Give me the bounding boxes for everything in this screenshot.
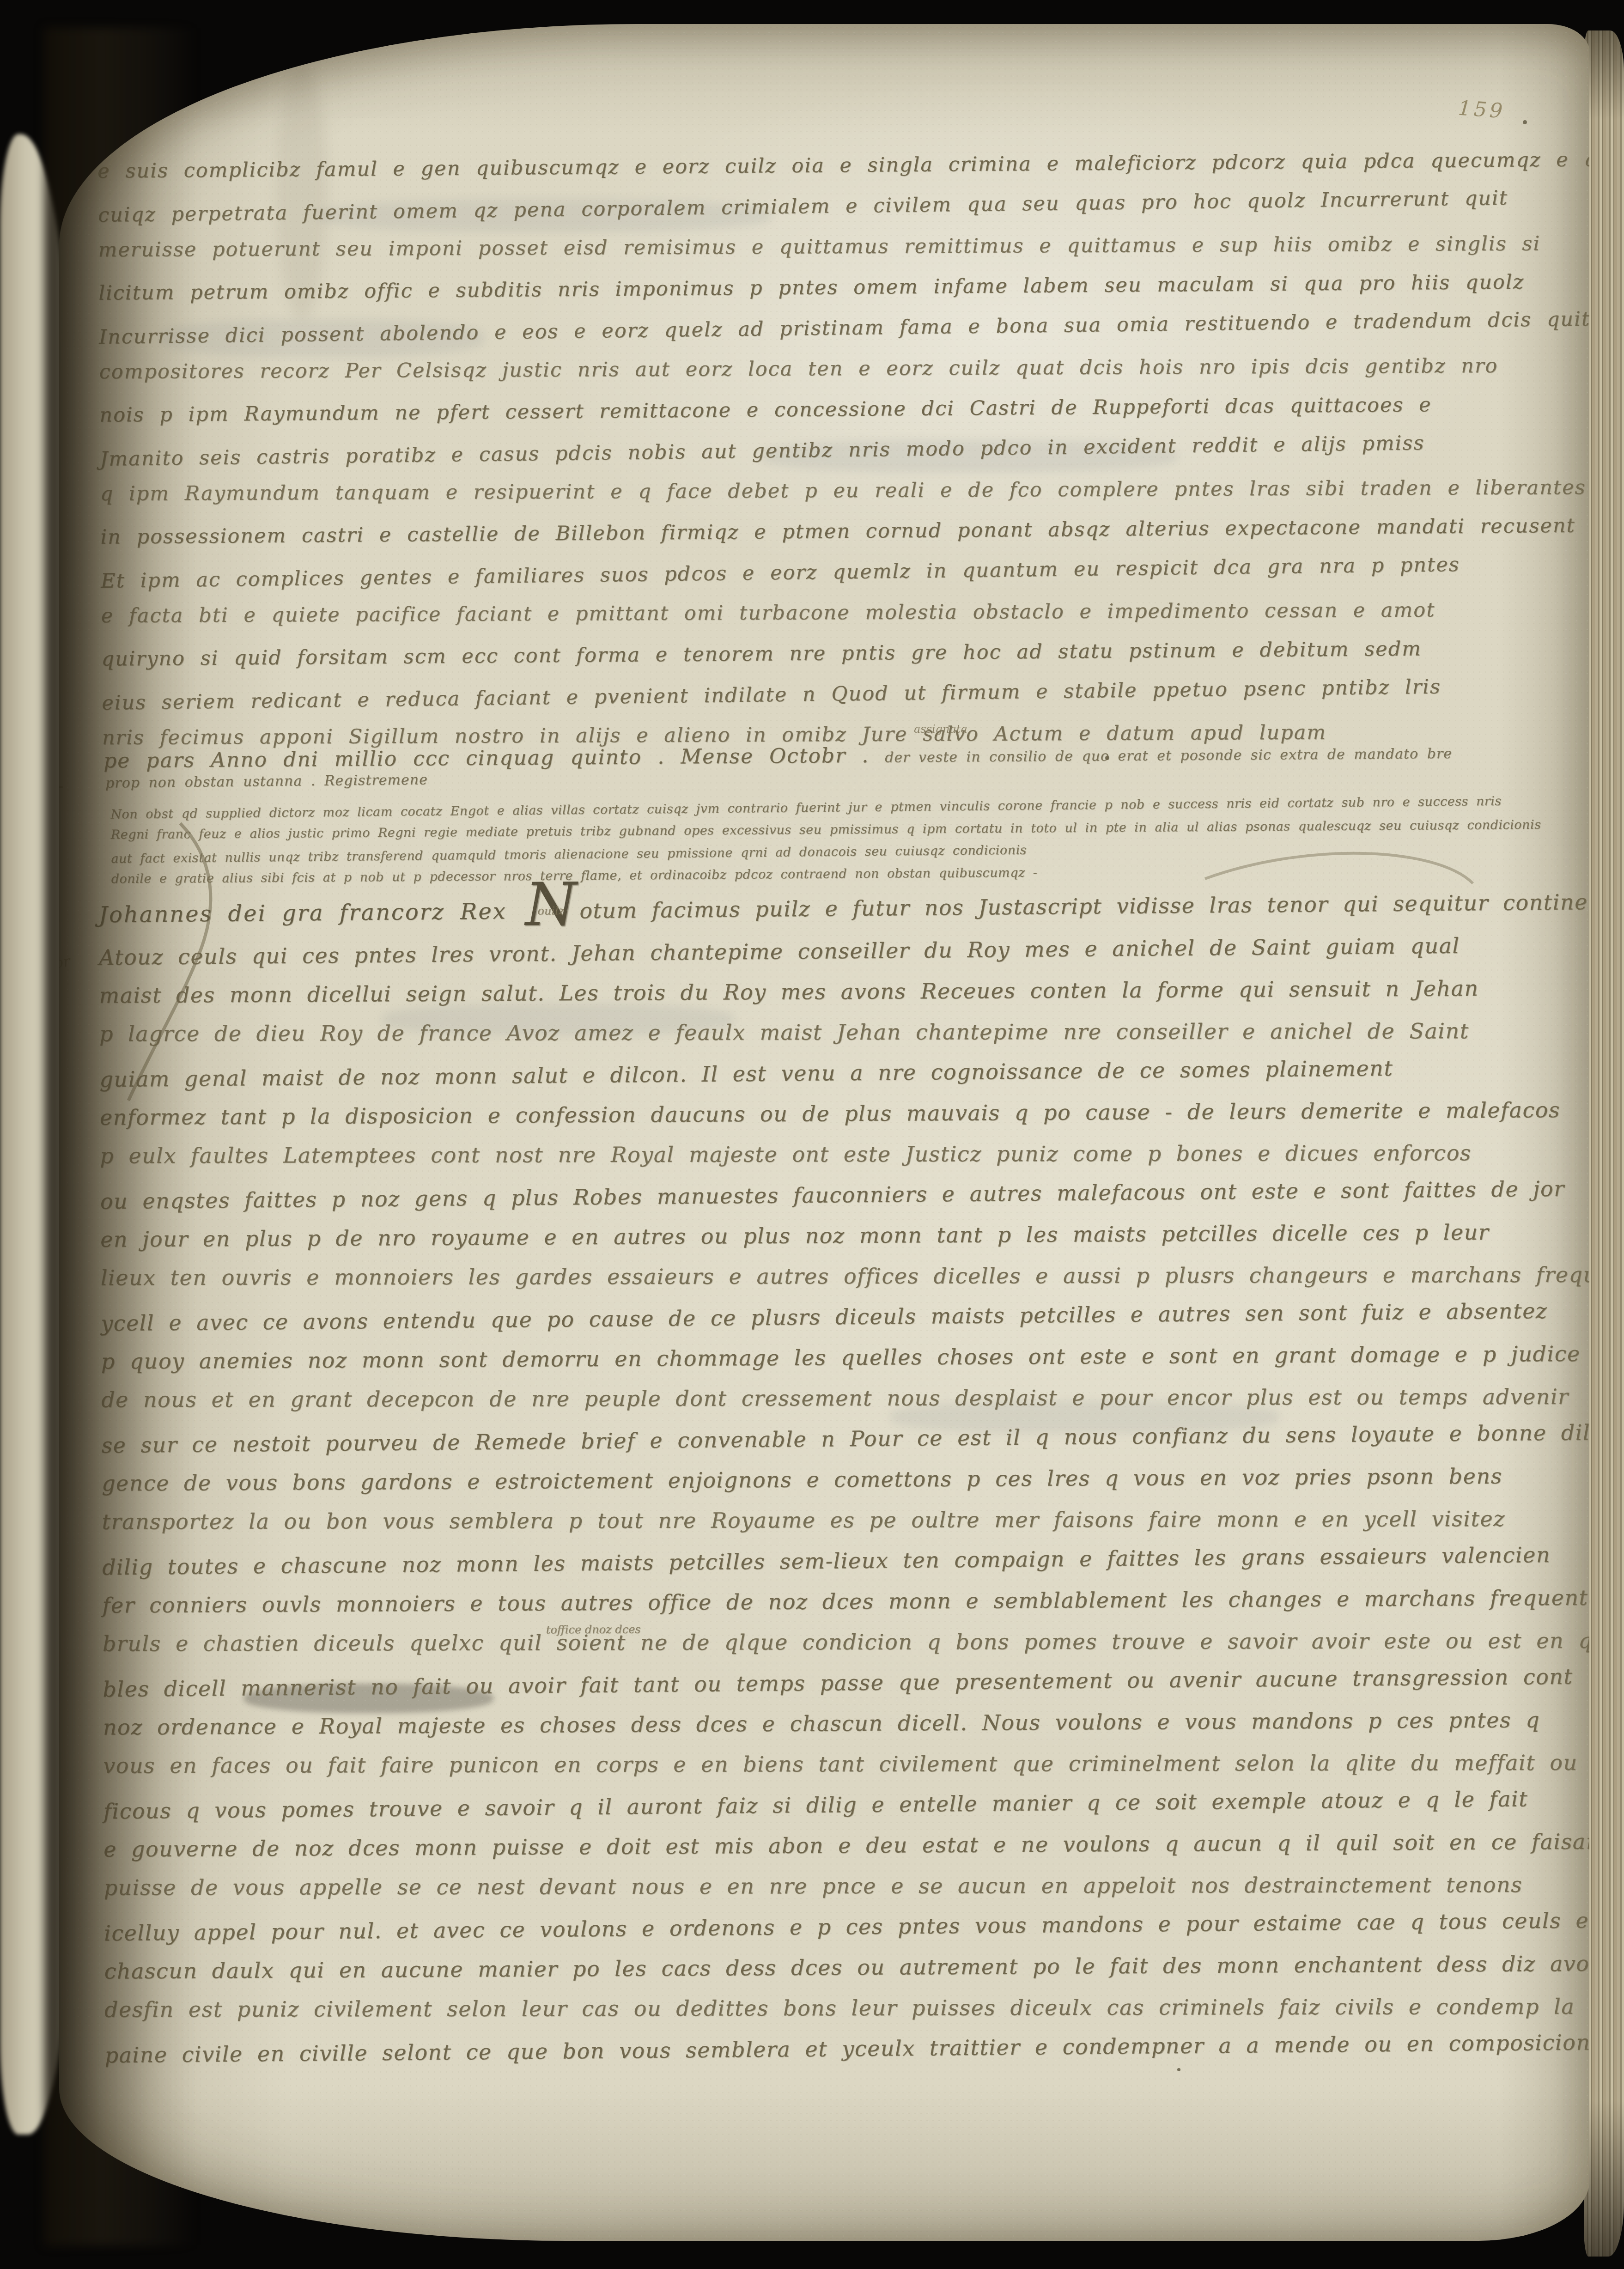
latin-text-block: e suis complicibz famul e gen quibuscumq… (97, 139, 1589, 761)
ink-speck (252, 41, 268, 51)
text-line: compositores recorz Per Celsisqz justic … (99, 345, 1589, 392)
text-line: desfin est puniz civilement selon leur c… (104, 1986, 1589, 2030)
text-line: paine civile en civille selont ce que bo… (104, 2022, 1589, 2075)
opening-rest: otum facimus puilz e futur nos Justascri… (579, 889, 1589, 923)
fore-edge-page-stack (1584, 30, 1624, 2257)
text-line: puisse de vous appelle se ce nest devant… (104, 1864, 1589, 1908)
manuscript-page: 159 e suis complicibz famul e gen quibus… (59, 24, 1589, 2241)
chancery-note-block: Non obst qd supplied dictorz moz licam c… (110, 789, 1589, 892)
text-line: transportez la ou bon vous semblera p to… (102, 1498, 1589, 1542)
text-line: vous en faces ou fait faire punicon en c… (103, 1742, 1589, 1786)
french-lines: Atouz ceuls qui ces pntes lres vront. Je… (99, 926, 1589, 2073)
interlinear-note: ouilz (537, 904, 564, 917)
text-line: p lagrce de dieu Roy de france Avoz amez… (99, 1010, 1589, 1054)
date-line-tail: der veste in consilio de quo erat et pos… (885, 746, 1452, 766)
interlinear-note: assignata (914, 723, 967, 736)
ink-speck (1177, 2068, 1180, 2071)
text-line: q ipm Raymundum tanquam e resipuerint e … (100, 467, 1589, 514)
ink-speck (1523, 120, 1527, 124)
text-line: de nous et en grant decepcon de nre peup… (101, 1376, 1589, 1420)
text-line: lieux ten ouvris e monnoiers les gardes … (101, 1254, 1589, 1298)
text-line: bruls e chastien diceuls quelxc quil soi… (103, 1620, 1589, 1664)
french-text-block: Johannes dei gra francorz RexNotum facim… (98, 882, 1589, 2073)
interlinear-note: toffice dnoz dces (546, 1623, 641, 1636)
text-line: p eulx faultes Latemptees cont nost nre … (100, 1132, 1589, 1176)
folio-number: 159 (1457, 97, 1506, 123)
text-line: e facta bti e quiete pacifice faciant e … (101, 589, 1589, 636)
date-line-main: pe pars Anno dni millio ccc cinquag quin… (103, 744, 869, 773)
photo-stage: 159 e suis complicibz famul e gen quibus… (0, 0, 1624, 2269)
text-line: meruisse potuerunt seu imponi posset eis… (98, 223, 1589, 270)
book-gutter-shadow (44, 28, 197, 2245)
